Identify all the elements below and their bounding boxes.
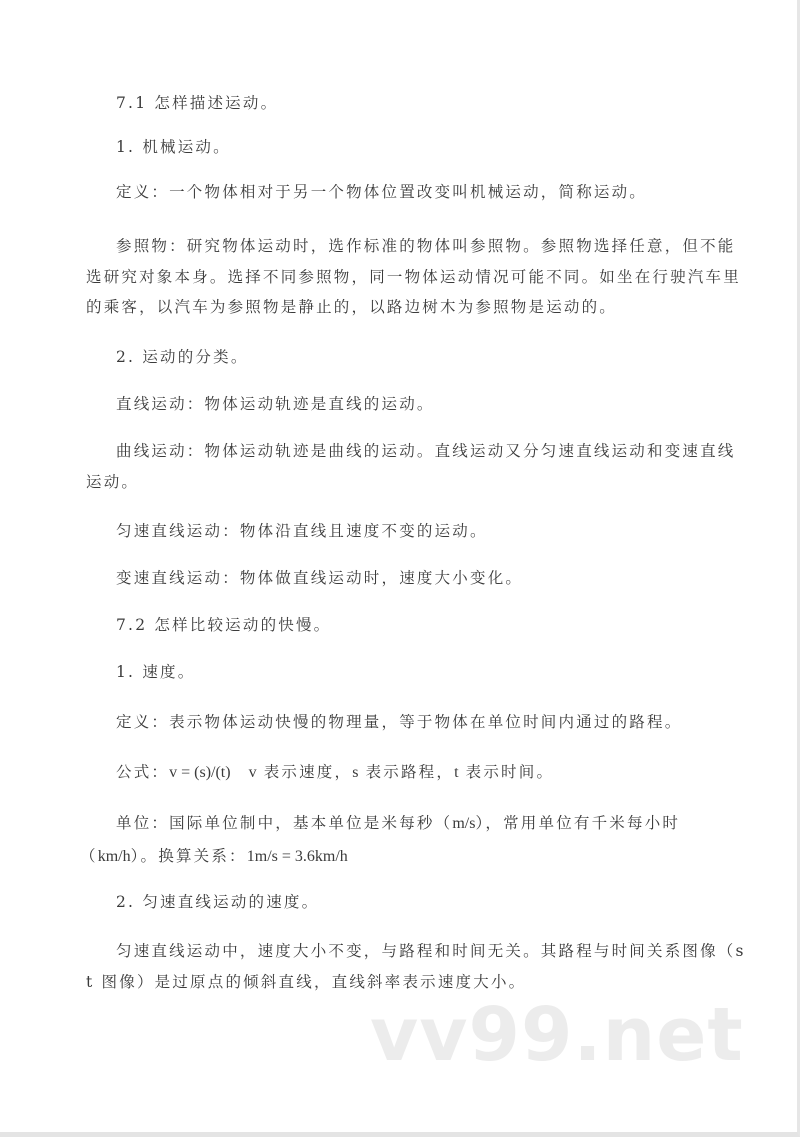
subsection-title-speed: 1. 速度。 bbox=[116, 662, 195, 682]
formula-var-v: v bbox=[249, 764, 257, 781]
subsection-title-uniform-speed: 2. 匀速直线运动的速度。 bbox=[116, 892, 319, 912]
unit-line-2-prefix: （ bbox=[80, 847, 98, 865]
subsection-title-classification: 2. 运动的分类。 bbox=[116, 347, 249, 367]
paragraph-uniform-speed-line-1: 匀速直线运动中，速度大小不变，与路程和时间无关。其路程与时间关系图像（s bbox=[116, 941, 746, 961]
unit-line-1: 单位：国际单位制中，基本单位是米每秒（m/s），常用单位有千米每小时 bbox=[116, 813, 680, 834]
formula-label: 公式： bbox=[116, 763, 169, 781]
paragraph-straight-motion: 直线运动：物体运动轨迹是直线的运动。 bbox=[116, 394, 435, 414]
unit-line-1-suffix: ），常用单位有千米每小时 bbox=[475, 814, 680, 832]
formula-desc-v: 表示速度， bbox=[257, 763, 353, 781]
paragraph-uniform-speed-line-2: t 图像）是过原点的倾斜直线，直线斜率表示速度大小。 bbox=[86, 972, 526, 992]
subsection-title-mechanical-motion: 1. 机械运动。 bbox=[116, 137, 231, 157]
paragraph-uniform-motion: 匀速直线运动：物体沿直线且速度不变的运动。 bbox=[116, 521, 488, 541]
formula-desc-s: 表示路程， bbox=[358, 763, 454, 781]
definition-speed: 定义：表示物体运动快慢的物理量，等于物体在单位时间内通过的路程。 bbox=[116, 712, 682, 732]
definition-mechanical-motion: 定义：一个物体相对于另一个物体位置改变叫机械运动，简称运动。 bbox=[116, 182, 647, 202]
paragraph-reference-line-1: 参照物：研究物体运动时，选作标准的物体叫参照物。参照物选择任意，但不能 bbox=[116, 236, 736, 256]
paragraph-reference-line-2: 选研究对象本身。选择不同参照物，同一物体运动情况可能不同。如坐在行驶汽车里 bbox=[86, 267, 741, 287]
formula-line: 公式：v = (s)/(t)v 表示速度，s 表示路程，t 表示时间。 bbox=[116, 762, 554, 783]
paragraph-variable-motion: 变速直线运动：物体做直线运动时，速度大小变化。 bbox=[116, 568, 523, 588]
unit-line-2-mid: ）。换算关系： bbox=[131, 847, 247, 865]
paragraph-curve-motion-line-1: 曲线运动：物体运动轨迹是曲线的运动。直线运动又分匀速直线运动和变速直线 bbox=[116, 441, 736, 461]
unit-ms: m/s bbox=[452, 815, 475, 832]
unit-line-1-prefix: 单位：国际单位制中，基本单位是米每秒（ bbox=[116, 814, 452, 832]
paragraph-curve-motion-line-2: 运动。 bbox=[86, 472, 139, 492]
formula-expression: v = (s)/(t) bbox=[169, 764, 230, 781]
unit-kmh: km/h bbox=[98, 848, 131, 865]
watermark: vv99.net bbox=[370, 990, 744, 1080]
document-page: 7.1 怎样描述运动。 1. 机械运动。 定义：一个物体相对于另一个物体位置改变… bbox=[0, 0, 800, 1137]
section-heading-7-2: 7.2 怎样比较运动的快慢。 bbox=[116, 615, 331, 635]
paragraph-reference-line-3: 的乘客，以汽车为参照物是静止的，以路边树木为参照物是运动的。 bbox=[86, 297, 617, 317]
unit-line-2: （km/h）。换算关系：1m/s = 3.6km/h bbox=[80, 846, 348, 867]
unit-conversion: 1m/s = 3.6km/h bbox=[247, 848, 348, 865]
section-heading-7-1: 7.1 怎样描述运动。 bbox=[116, 93, 278, 113]
formula-desc-t: 表示时间。 bbox=[459, 763, 555, 781]
